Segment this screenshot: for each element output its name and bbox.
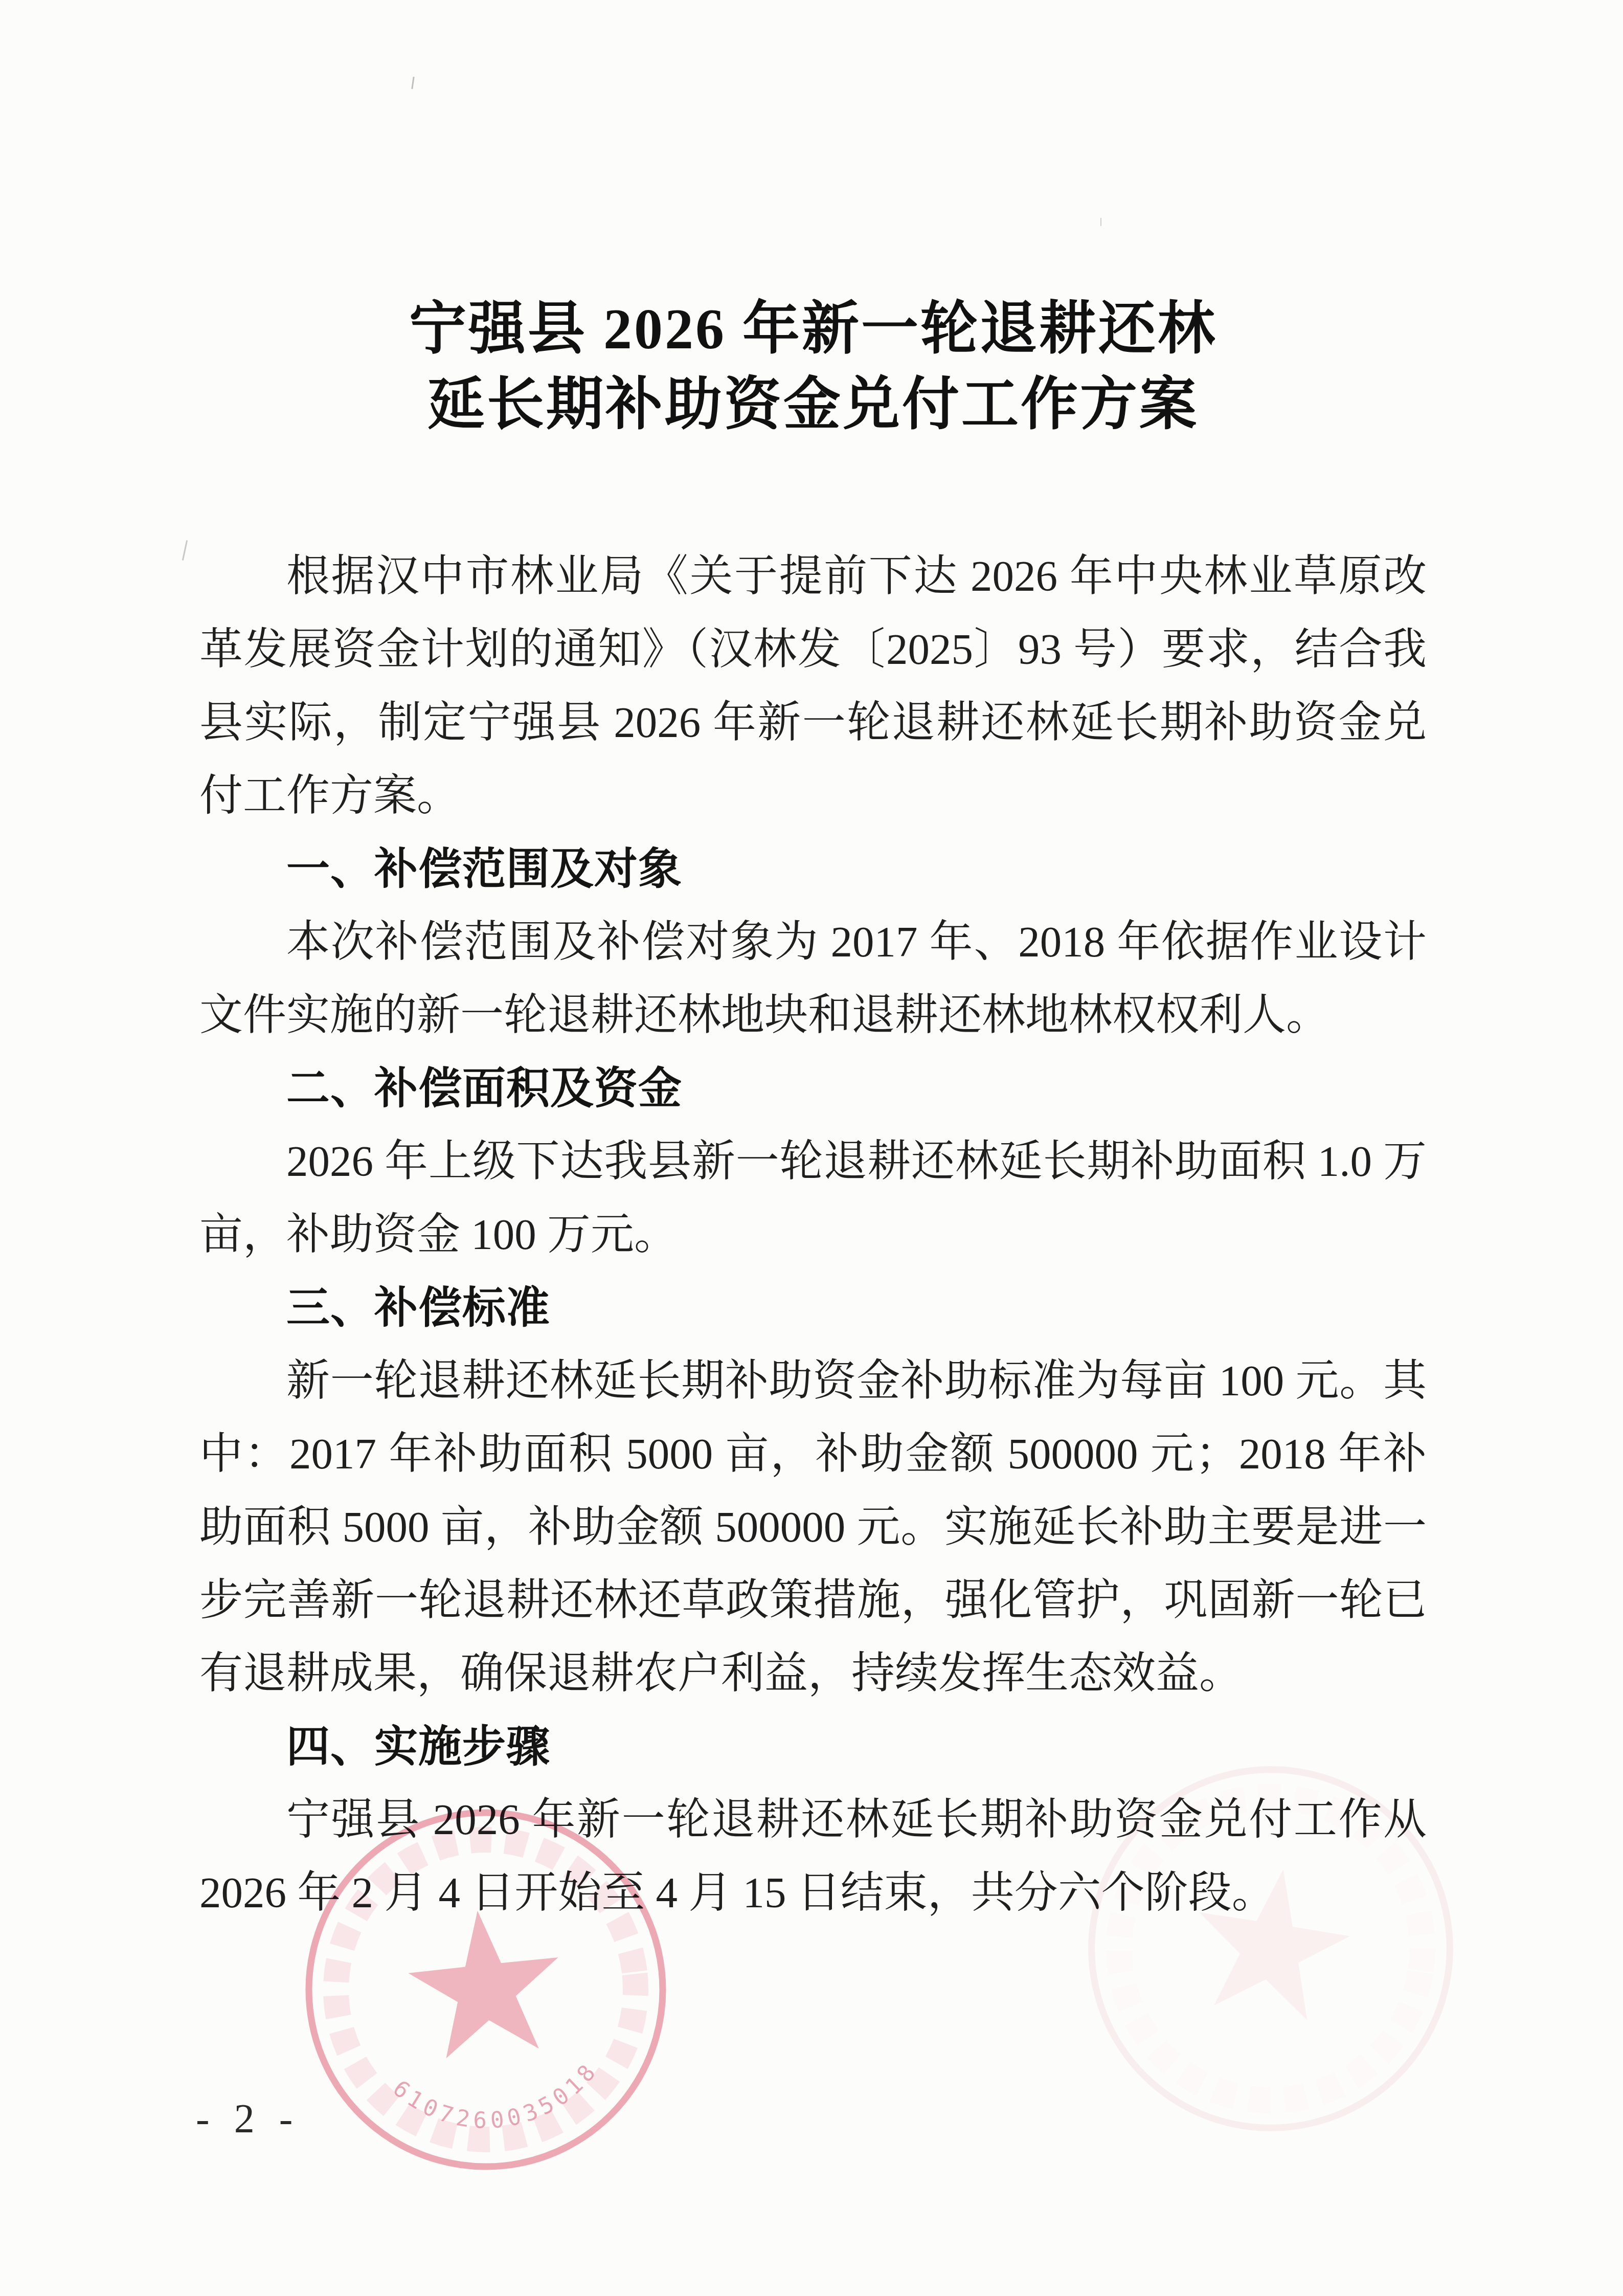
section-heading: 三、补偿标准 xyxy=(199,1272,1427,1345)
seal-serial-number: 6107260035018 xyxy=(386,2055,609,2144)
document-title-line1: 宁强县 2026 年新一轮退耕还林 xyxy=(199,292,1427,367)
body-paragraph: 根据汉中市林业局《关于提前下达 2026 年中央林业草原改革发展资金计划的通知》… xyxy=(199,540,1427,833)
document-title-line2: 延长期补助资金兑付工作方案 xyxy=(199,367,1427,443)
body-paragraph: 本次补偿范围及补偿对象为 2017 年、2018 年依据作业设计文件实施的新一轮… xyxy=(199,906,1427,1052)
document-title: 宁强县 2026 年新一轮退耕还林 延长期补助资金兑付工作方案 xyxy=(199,292,1427,443)
section-heading: 二、补偿面积及资金 xyxy=(199,1052,1427,1125)
paragraph-list: 根据汉中市林业局《关于提前下达 2026 年中央林业草原改革发展资金计划的通知》… xyxy=(199,540,1427,1930)
body-paragraph: 宁强县 2026 年新一轮退耕还林延长期补助资金兑付工作从 2026 年 2 月… xyxy=(199,1784,1427,1930)
section-heading: 一、补偿范围及对象 xyxy=(199,833,1427,906)
body-paragraph: 2026 年上级下达我县新一轮退耕还林延长期补助面积 1.0 万亩，补助资金 1… xyxy=(199,1125,1427,1272)
document-body: 宁强县 2026 年新一轮退耕还林 延长期补助资金兑付工作方案 根据汉中市林业局… xyxy=(0,0,1623,1930)
page-number: - 2 - xyxy=(196,2096,300,2143)
document-page: 宁强县 2026 年新一轮退耕还林 延长期补助资金兑付工作方案 根据汉中市林业局… xyxy=(0,0,1623,2296)
section-heading: 四、实施步骤 xyxy=(199,1710,1427,1784)
body-paragraph: 新一轮退耕还林延长期补助资金补助标准为每亩 100 元。其中：2017 年补助面… xyxy=(199,1345,1427,1710)
